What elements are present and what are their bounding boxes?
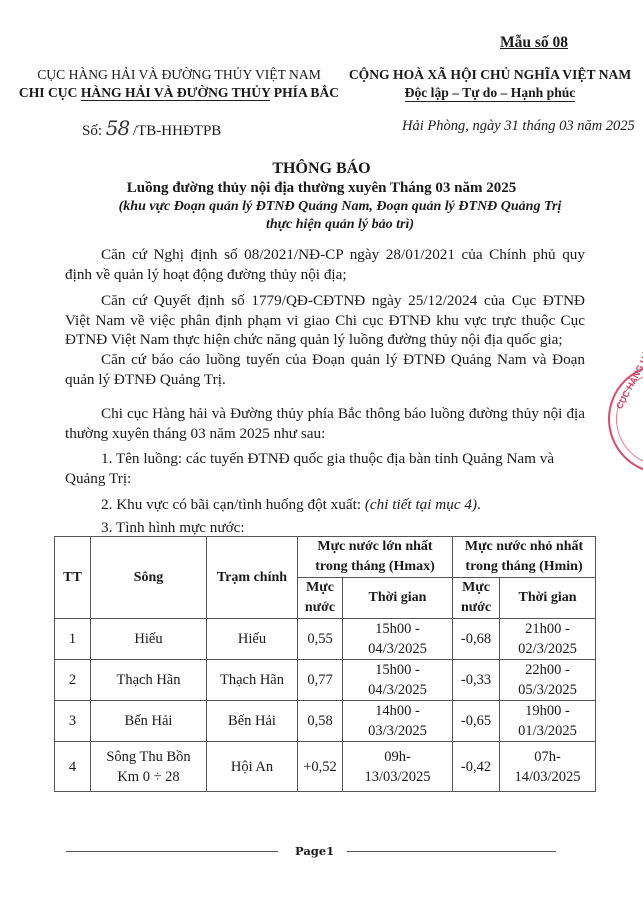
cell-hmax-level: 0,58: [298, 701, 343, 742]
cell-hmax-time: 15h00 -04/3/2025: [343, 660, 453, 701]
cell-river: Sông Thu BồnKm 0 ÷ 28: [91, 742, 207, 792]
col-header-hmax: Mực nước lớn nhất trong tháng (Hmax): [298, 537, 453, 578]
national-header: CỘNG HOÀ XÃ HỘI CHỦ NGHĨA VIỆT NAM Độc l…: [344, 66, 636, 102]
cell-station: Hiếu: [207, 619, 298, 660]
col-header-river: Sông: [91, 537, 207, 619]
area-note: (khu vực Đoạn quản lý ĐTNĐ Quảng Nam, Đo…: [110, 198, 570, 234]
col-header-hmax-level: Mực nước: [298, 578, 343, 619]
cell-hmin-time: 19h00 -01/3/2025: [500, 701, 596, 742]
table-row: 3Bến HảiBến Hải0,5814h00 -03/3/2025-0,65…: [55, 701, 596, 742]
cell-hmax-time: 14h00 -03/3/2025: [343, 701, 453, 742]
official-seal-stamp: CỤC HÀNG HẢI: [608, 364, 643, 474]
cell-hmin-level: -0,65: [453, 701, 500, 742]
document-title: THÔNG BÁO: [0, 160, 643, 178]
cell-tt: 1: [55, 619, 91, 660]
nation-name: CỘNG HOÀ XÃ HỘI CHỦ NGHĨA VIỆT NAM: [344, 66, 636, 84]
table-row: 4Sông Thu BồnKm 0 ÷ 28Hội An+0,5209h-13/…: [55, 742, 596, 792]
national-motto: Độc lập – Tự do – Hạnh phúc: [405, 84, 576, 102]
cell-hmin-time: 21h00 -02/3/2025: [500, 619, 596, 660]
document-number: Số: 58 /TB-HHĐTPB: [82, 116, 221, 140]
cell-tt: 2: [55, 660, 91, 701]
cell-river: Thạch Hãn: [91, 660, 207, 701]
cell-hmin-level: -0,33: [453, 660, 500, 701]
cell-river: Bến Hải: [91, 701, 207, 742]
cell-hmax-time: 15h00 -04/3/2025: [343, 619, 453, 660]
legal-basis-report: Căn cứ báo cáo luồng tuyến của Đoạn quản…: [65, 350, 585, 389]
document-subtitle: Luồng đường thủy nội địa thường xuyên Th…: [0, 180, 643, 197]
col-header-hmax-time: Thời gian: [343, 578, 453, 619]
cell-hmax-level: 0,77: [298, 660, 343, 701]
legal-basis-decree: Căn cứ Nghị định số 08/2021/NĐ-CP ngày 2…: [65, 245, 585, 284]
footer-rule-right: [347, 851, 556, 852]
cell-river: Hiếu: [91, 619, 207, 660]
parent-agency: CỤC HÀNG HẢI VÀ ĐƯỜNG THỦY VIỆT NAM: [14, 66, 344, 84]
water-level-table: TT Sông Trạm chính Mực nước lớn nhất tro…: [54, 536, 596, 792]
item-shoal-area: 2. Khu vực có bãi cạn/tình huống đột xuấ…: [65, 495, 585, 515]
form-number: Mẫu số 08: [500, 34, 568, 52]
cell-hmin-level: -0,42: [453, 742, 500, 792]
cell-tt: 3: [55, 701, 91, 742]
item-channel-name: 1. Tên luồng: các tuyến ĐTNĐ quốc gia th…: [65, 449, 585, 488]
page-number: Page1: [295, 844, 334, 858]
table-row: 1HiếuHiếu0,5515h00 -04/3/2025-0,6821h00 …: [55, 619, 596, 660]
legal-basis-decision: Căn cứ Quyết định số 1779/QĐ-CĐTNĐ ngày …: [65, 291, 585, 350]
col-header-station: Trạm chính: [207, 537, 298, 619]
cell-station: Bến Hải: [207, 701, 298, 742]
agency-block: CỤC HÀNG HẢI VÀ ĐƯỜNG THỦY VIỆT NAM CHI …: [14, 66, 344, 102]
col-header-tt: TT: [55, 537, 91, 619]
item-water-level: 3. Tình hình mực nước:: [65, 518, 585, 538]
stamp-text: CỤC HÀNG HẢI: [614, 347, 643, 410]
cell-tt: 4: [55, 742, 91, 792]
agency-name-underlined: HÀNG HẢI VÀ ĐƯỜNG THỦY: [81, 85, 271, 101]
footer-rule-left: [66, 851, 278, 852]
cell-hmax-level: +0,52: [298, 742, 343, 792]
handwritten-number: 58: [106, 116, 129, 140]
agency-name: CHI CỤC HÀNG HẢI VÀ ĐƯỜNG THỦY PHÍA BẮC: [14, 84, 344, 102]
cell-station: Thạch Hãn: [207, 660, 298, 701]
table-row: 2Thạch HãnThạch Hãn0,7715h00 -04/3/2025-…: [55, 660, 596, 701]
announcement-intro: Chi cục Hàng hải và Đường thủy phía Bắc …: [65, 404, 585, 443]
col-header-hmin: Mực nước nhỏ nhất trong tháng (Hmin): [453, 537, 596, 578]
col-header-hmin-time: Thời gian: [500, 578, 596, 619]
cell-hmax-time: 09h-13/03/2025: [343, 742, 453, 792]
cell-hmin-level: -0,68: [453, 619, 500, 660]
col-header-hmin-level: Mực nước: [453, 578, 500, 619]
cell-hmin-time: 22h00 -05/3/2025: [500, 660, 596, 701]
cell-station: Hội An: [207, 742, 298, 792]
cell-hmin-time: 07h-14/03/2025: [500, 742, 596, 792]
cell-hmax-level: 0,55: [298, 619, 343, 660]
place-and-date: Hải Phòng, ngày 31 tháng 03 năm 2025: [402, 118, 635, 135]
